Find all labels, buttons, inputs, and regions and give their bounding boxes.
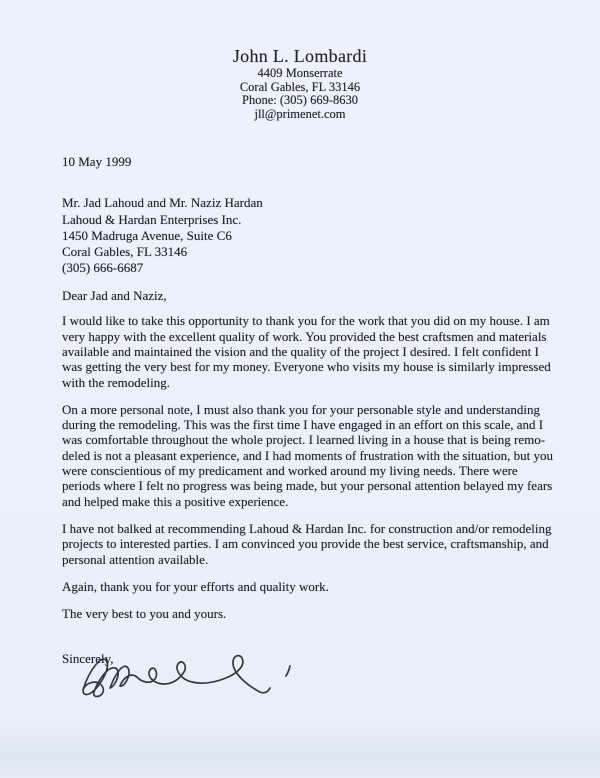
recipient-street: 1450 Madruga Avenue, Suite C6 <box>62 228 550 244</box>
recipient-address: Mr. Jad Lahoud and Mr. Naziz Hardan Laho… <box>62 195 550 276</box>
body-paragraph-2: On a more personal note, I must also tha… <box>62 402 554 509</box>
letter-page: John L. Lombardi 4409 Monserrate Coral G… <box>0 0 600 778</box>
handwritten-signature <box>74 642 304 712</box>
recipient-names: Mr. Jad Lahoud and Mr. Naziz Hardan <box>62 195 550 211</box>
salutation: Dear Jad and Naziz, <box>62 288 550 304</box>
letterhead: John L. Lombardi 4409 Monserrate Coral G… <box>62 46 538 121</box>
body-paragraph-1: I would like to take this opportunity to… <box>62 313 554 389</box>
sender-email: jll@primenet.com <box>62 108 538 122</box>
sender-name: John L. Lombardi <box>62 46 538 67</box>
sender-phone: Phone: (305) 669-8630 <box>62 94 538 108</box>
recipient-city: Coral Gables, FL 33146 <box>62 244 550 260</box>
signature-scribble-icon <box>74 642 304 712</box>
body-paragraph-thanks: Again, thank you for your efforts and qu… <box>62 579 554 594</box>
body-paragraph-best-wishes: The very best to you and yours. <box>62 606 554 621</box>
recipient-company: Lahoud & Hardan Enterprises Inc. <box>62 212 550 228</box>
sender-street: 4409 Monserrate <box>62 67 538 81</box>
sender-city: Coral Gables, FL 33146 <box>62 81 538 95</box>
letter-date: 10 May 1999 <box>62 154 550 170</box>
body-paragraph-3: I have not balked at recommending Lahoud… <box>62 521 554 567</box>
recipient-phone: (305) 666-6687 <box>62 260 550 276</box>
